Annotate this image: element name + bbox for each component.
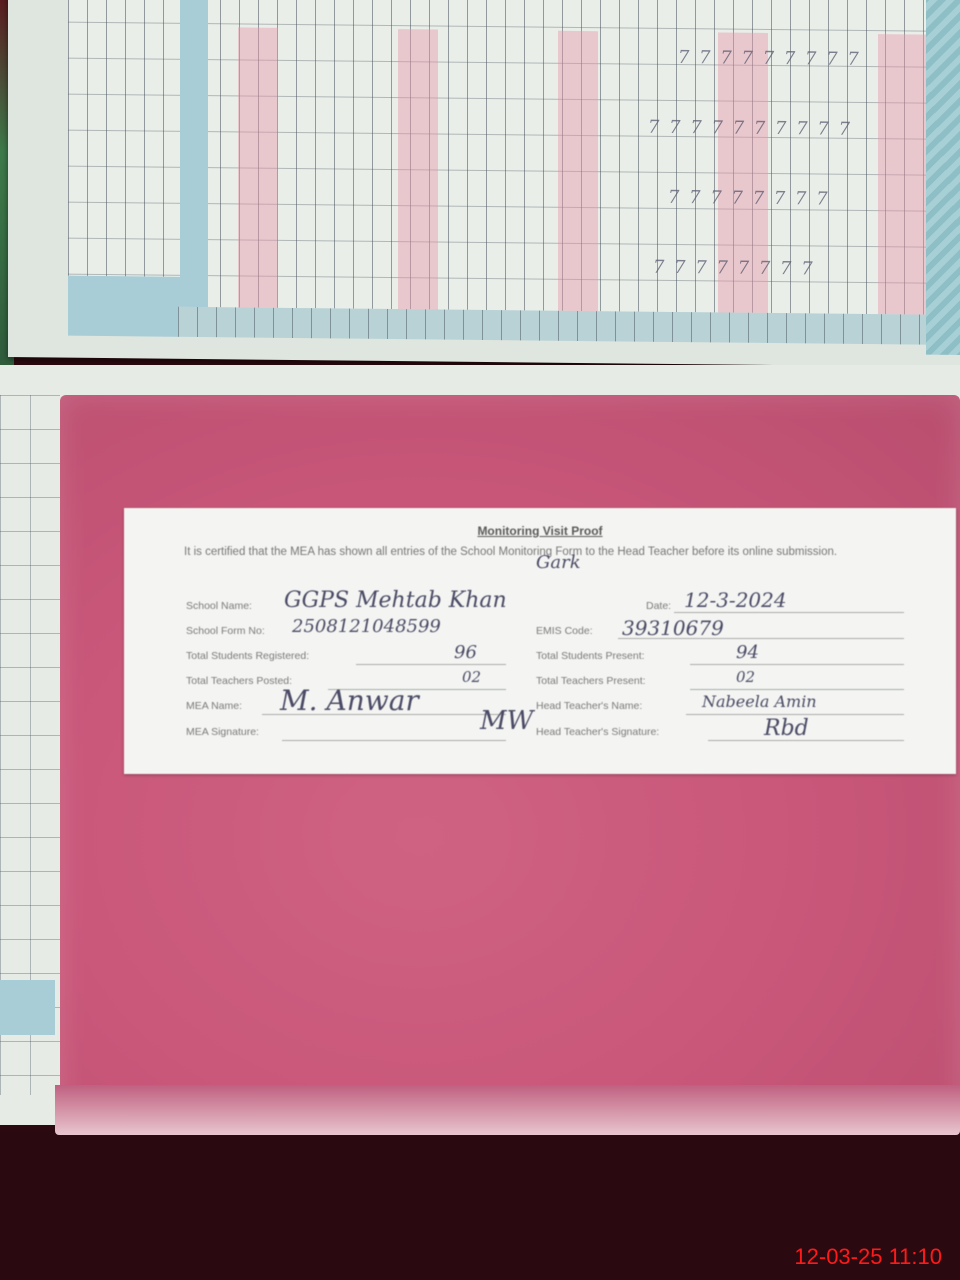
head-teacher-name-label: Head Teacher's Name:: [536, 700, 642, 712]
attendance-grid: 7 7 7 7 7 7 7 7 7 7 7 7 7 7 7 7 7 7 7 7 …: [68, 0, 934, 315]
school-name-value: GGPS Mehtab Khan: [284, 588, 507, 613]
lower-blue-cell: [0, 980, 55, 1035]
holiday-column: [238, 27, 278, 307]
attendance-marks: 7 7 7 7 7 7 7 7 7: [678, 47, 861, 70]
students-present-label: Total Students Present:: [536, 650, 645, 662]
mea-name-label: MEA Name:: [186, 700, 242, 712]
teachers-present-label: Total Teachers Present:: [536, 675, 646, 687]
school-form-no-label: School Form No:: [186, 625, 265, 637]
register-border: [926, 0, 960, 355]
head-teacher-name-value: Nabeela Amin: [702, 692, 817, 711]
head-teacher-signature-label: Head Teacher's Signature:: [536, 726, 659, 738]
holiday-column: [398, 29, 438, 309]
attendance-marks: 7 7 7 7 7 7 7 7: [653, 257, 815, 280]
students-present-value: 94: [736, 642, 759, 663]
mea-signature-label: MEA Signature:: [186, 726, 259, 738]
teachers-posted-value: 02: [462, 668, 481, 686]
holiday-column: [558, 31, 598, 311]
head-teacher-signature-value: Rbd: [764, 716, 809, 741]
underline: [690, 664, 904, 665]
students-registered-label: Total Students Registered:: [186, 650, 309, 662]
teachers-posted-label: Total Teachers Posted:: [186, 675, 292, 687]
school-name-label: School Name:: [186, 600, 252, 612]
photo-timestamp: 12-03-25 11:10: [794, 1244, 942, 1270]
underline: [686, 714, 904, 715]
cover-edge: [55, 1085, 960, 1135]
underline: [674, 612, 904, 613]
summary-cells: [68, 276, 180, 337]
emis-code-value: 39310679: [622, 616, 724, 640]
mea-name-value: M. Anwar: [280, 684, 419, 717]
attendance-marks: 7 7 7 7 7 7 7 7 7 7: [648, 117, 852, 140]
school-form-no-value: 2508121048599: [292, 616, 441, 637]
teachers-present-value: 02: [736, 668, 755, 686]
mea-signature-value: MW: [480, 706, 533, 736]
label-title: Monitoring Visit Proof: [124, 524, 956, 538]
monitoring-visit-proof-label: Monitoring Visit Proof It is certified t…: [124, 508, 956, 774]
roll-number-column: [180, 0, 208, 307]
handwritten-annotation: Gark: [536, 552, 581, 573]
underline: [356, 664, 506, 665]
underline: [282, 740, 506, 741]
students-registered-value: 96: [454, 642, 477, 663]
holiday-column: [878, 34, 928, 315]
emis-code-label: EMIS Code:: [536, 625, 593, 637]
attendance-register-page: 7 7 7 7 7 7 7 7 7 7 7 7 7 7 7 7 7 7 7 7 …: [8, 0, 960, 367]
date-label: Date:: [646, 600, 671, 612]
attendance-marks: 7 7 7 7 7 7 7 7: [668, 187, 830, 210]
date-value: 12-3-2024: [684, 588, 787, 612]
underline: [690, 689, 904, 690]
